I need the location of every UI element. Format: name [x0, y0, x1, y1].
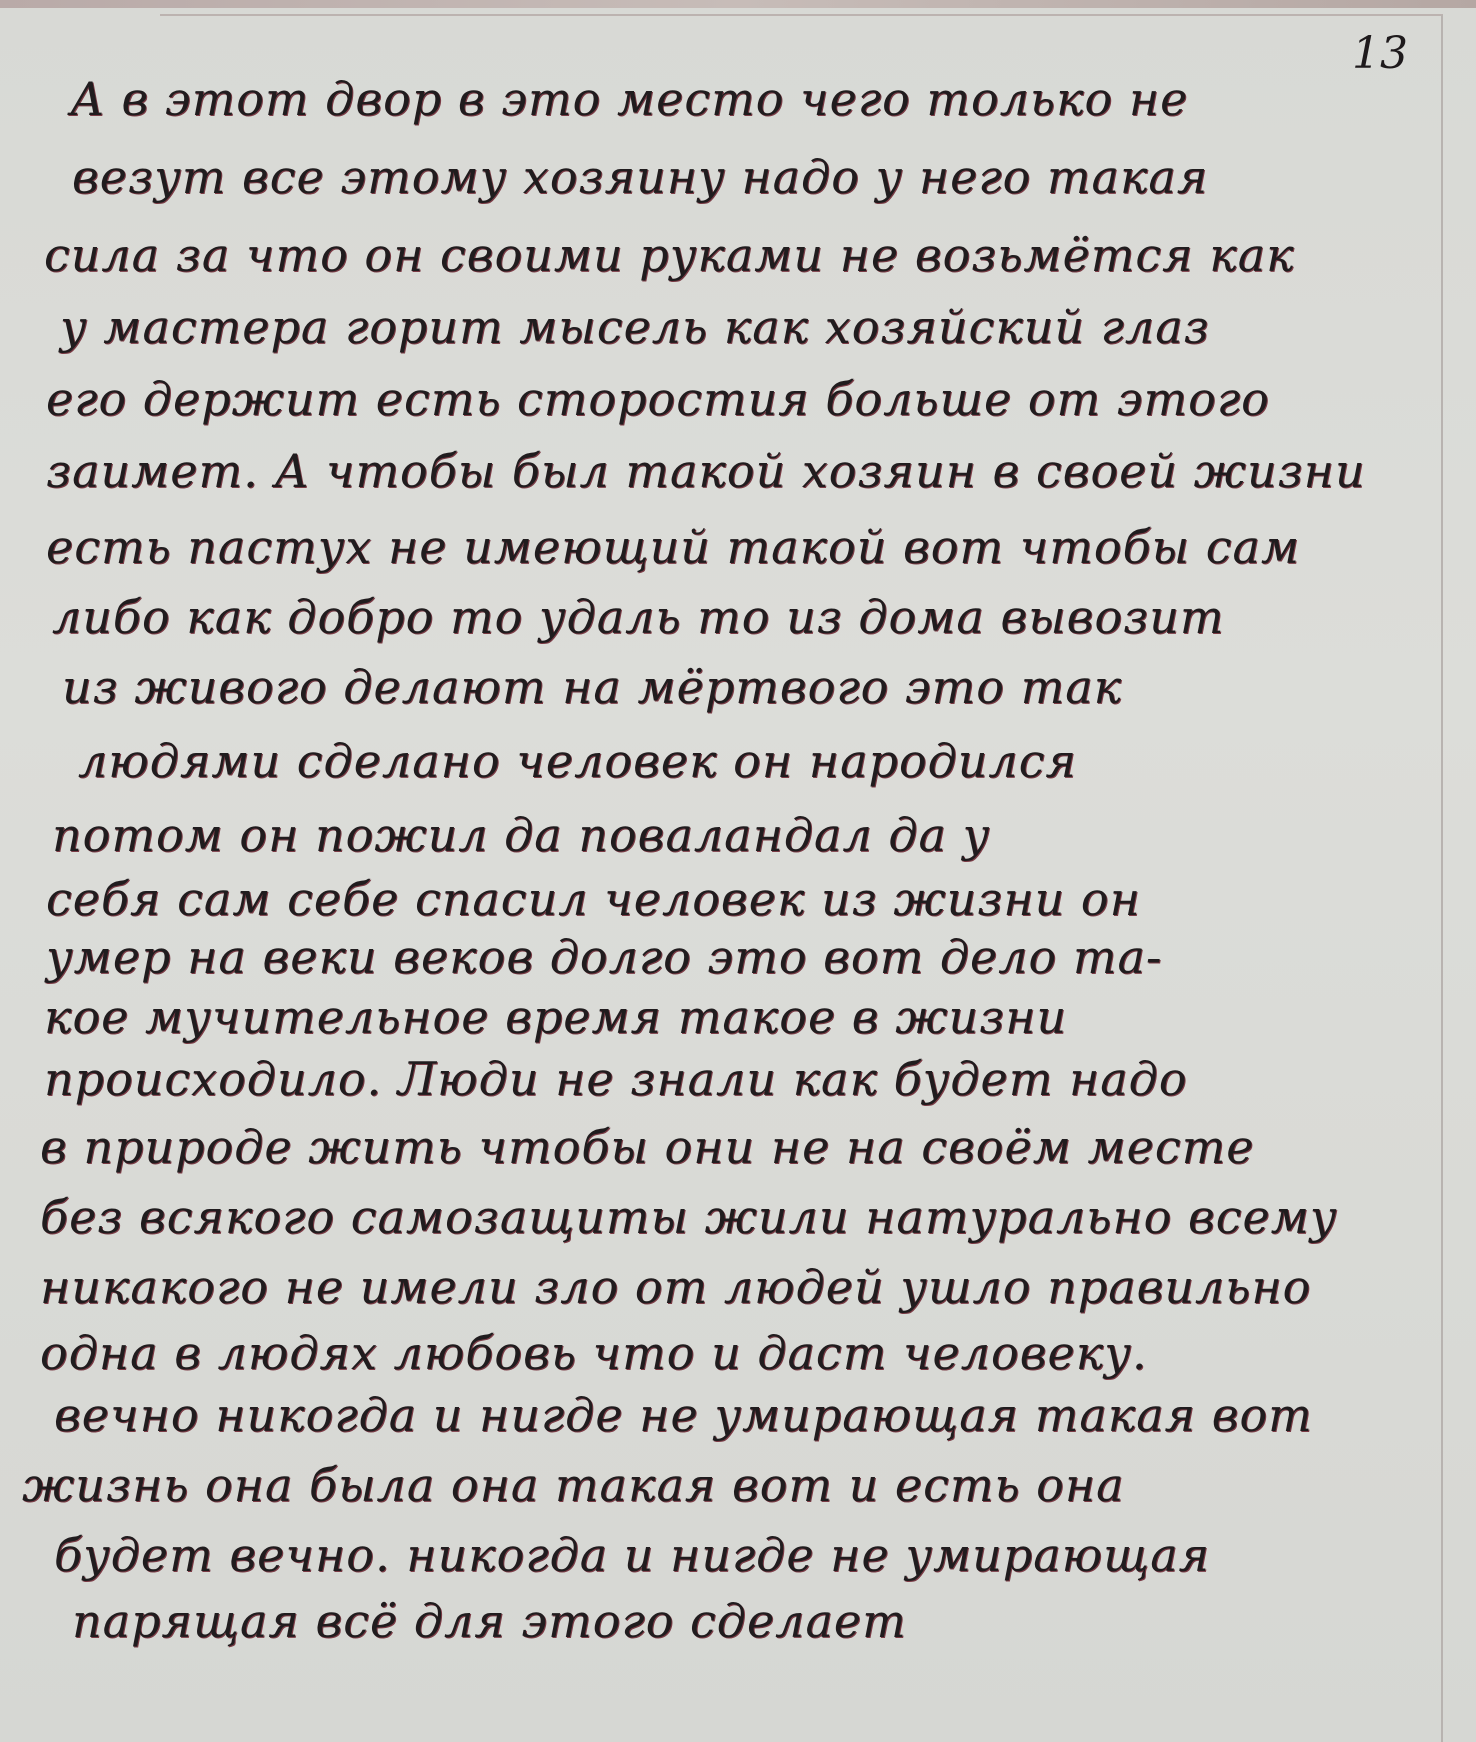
text-line: вечно никогда и нигде не умирающая такая…	[54, 1388, 1313, 1442]
text-line: потом он пожил да поваландал да у	[52, 808, 990, 862]
text-line: людями сделано человек он народился	[78, 734, 1077, 788]
text-line: без всякого самозащиты жили натурально в…	[40, 1190, 1338, 1244]
text-line: заимет. А чтобы был такой хозяин в своей…	[46, 444, 1366, 498]
text-line: в природе жить чтобы они не на своём мес…	[40, 1120, 1254, 1174]
text-line: парящая всё для этого сделает	[72, 1594, 907, 1648]
page-margin-rule	[1441, 15, 1443, 1742]
text-line: себя сам себе спасил человек из жизни он	[46, 872, 1141, 926]
text-line: кое мучительное время такое в жизни	[44, 990, 1067, 1044]
text-line: везут все этому хозяину надо у него така…	[72, 150, 1208, 204]
page-top-rule	[160, 14, 1443, 16]
text-line: есть пастух не имеющий такой вот чтобы с…	[46, 520, 1300, 574]
text-line: будет вечно. никогда и нигде не умирающа…	[54, 1528, 1210, 1582]
text-line: А в этот двор в это место чего только не	[70, 72, 1188, 126]
text-line: сила за что он своими руками не возьмётс…	[44, 228, 1295, 282]
text-line: никакого не имели зло от людей ушло прав…	[40, 1260, 1311, 1314]
manuscript-page: 13 А в этот двор в это место чего только…	[0, 0, 1476, 1742]
page-top-edge	[0, 0, 1476, 8]
text-line: у мастера горит мысель как хозяйский гла…	[60, 300, 1210, 354]
text-line: либо как добро то удаль то из дома вывоз…	[52, 590, 1224, 644]
text-line: умер на веки веков долго это вот дело та…	[46, 930, 1162, 984]
text-line: жизнь она была она такая вот и есть она	[22, 1458, 1125, 1512]
text-line: происходило. Люди не знали как будет над…	[44, 1052, 1188, 1106]
page-number: 13	[1352, 28, 1408, 79]
text-line: его держит есть сторостия больше от этог…	[46, 372, 1270, 426]
text-line: из живого делают на мёртвого это так	[62, 660, 1122, 714]
text-line: одна в людях любовь что и даст человеку.	[40, 1326, 1148, 1380]
